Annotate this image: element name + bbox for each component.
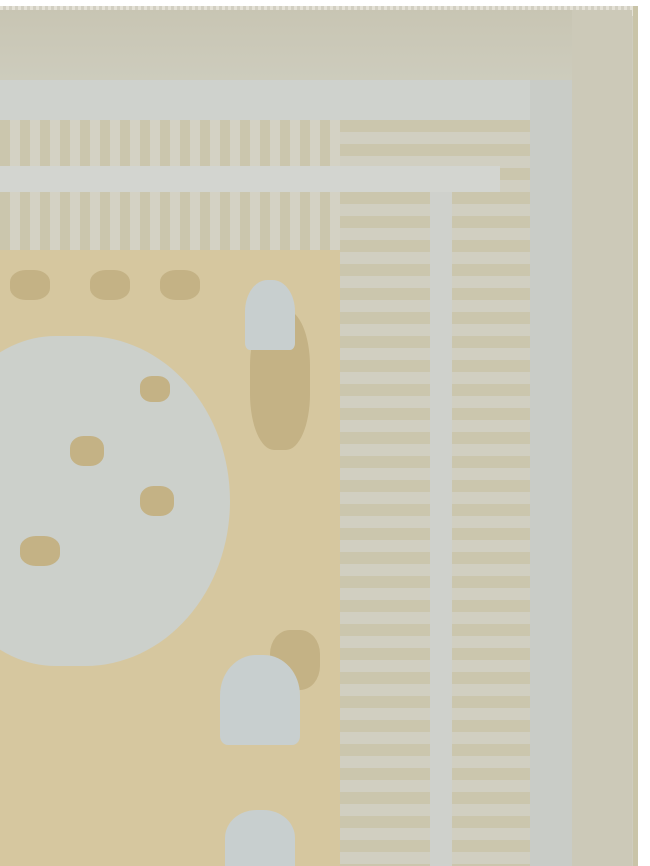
rug-side-edge — [633, 6, 638, 866]
field-arch-motif — [225, 810, 295, 866]
silver-border-top — [0, 80, 572, 120]
silver-border-side — [530, 80, 572, 866]
inner-silver-stripe-side — [430, 192, 452, 866]
medallion-motif — [20, 536, 60, 566]
medallion-motif — [70, 436, 104, 466]
outer-guard-border-side — [572, 10, 632, 866]
outer-guard-border — [0, 10, 632, 80]
field-motif — [160, 270, 200, 300]
medallion-motif — [140, 486, 174, 516]
medallion-motif — [140, 376, 170, 402]
field-arch-motif — [220, 655, 300, 745]
field-arch-motif — [245, 280, 295, 350]
photo-canvas — [0, 0, 650, 866]
field-motif — [10, 270, 50, 300]
field-motif — [90, 270, 130, 300]
rug — [0, 6, 638, 866]
inner-silver-stripe-top — [0, 166, 500, 192]
